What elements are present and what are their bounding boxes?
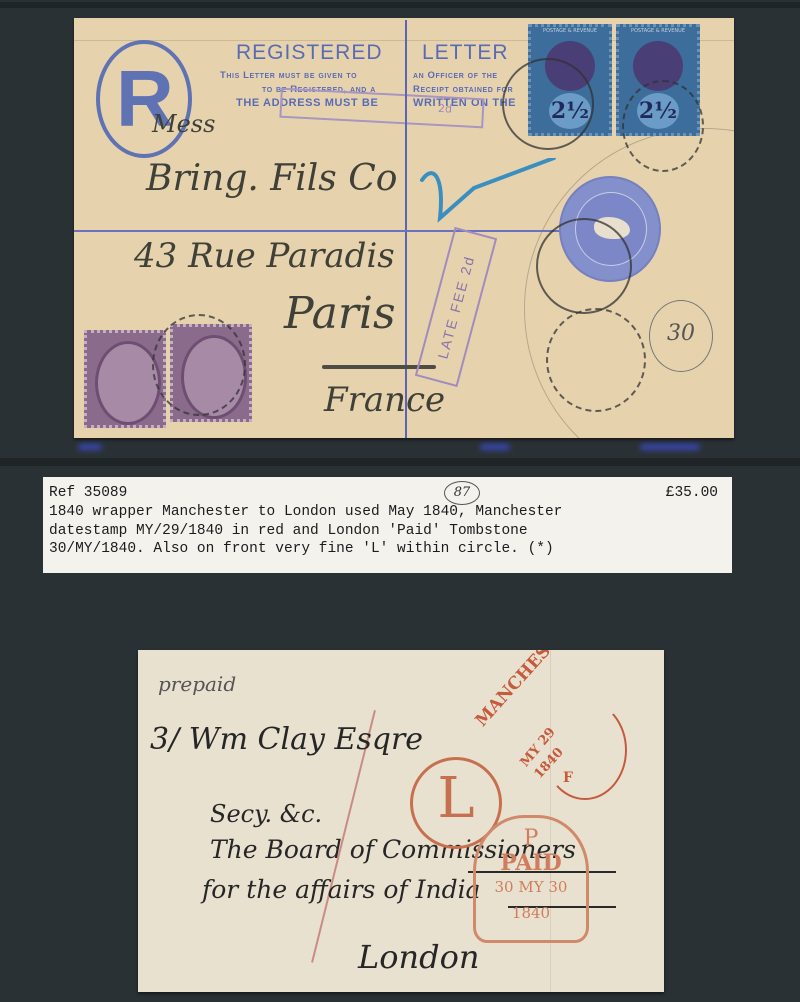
ref-number: Ref 35089 [49, 485, 127, 501]
late-fee-text: LATE FEE 2d [434, 253, 477, 360]
scan-glare [480, 444, 510, 450]
address-line: Paris [284, 288, 396, 339]
address-line: Bring. Fils Co [146, 158, 397, 199]
tombstone-crown: P [476, 826, 586, 851]
registered-envelope: R REGISTERED LETTER This Letter must be … [74, 18, 734, 438]
description-line: datestamp MY/29/1840 in red and London '… [49, 522, 722, 541]
address-line: Mess [152, 110, 215, 138]
lot-number: 87 [444, 481, 480, 505]
postmark [536, 218, 632, 314]
tombstone-year: 1840 [476, 904, 586, 922]
stamp-label: POSTAGE & REVENUE [621, 28, 695, 34]
price: £35.00 [666, 485, 718, 501]
wrapper-1840: prepaid 3/ Wm Clay Esqre Secy. &c. The B… [138, 650, 664, 992]
tombstone-date: 30 MY 30 [476, 878, 586, 896]
album-strip-middle [0, 458, 800, 466]
instruction-right-1: an Officer of the [413, 70, 498, 81]
heading-letter: LETTER [422, 41, 509, 65]
postmark [152, 314, 246, 416]
l-letter: L [413, 766, 499, 831]
late-fee-handstamp: LATE FEE 2d [415, 227, 497, 387]
address-line: Secy. &c. [210, 800, 322, 828]
address-line: for the affairs of India [202, 875, 480, 904]
address-line: 3/ Wm Clay Esqre [150, 722, 423, 757]
address-line: France [324, 380, 445, 420]
datestamp-code: F [563, 770, 573, 786]
postmark [622, 80, 704, 172]
london-paid-tombstone: P PAID 30 MY 30 1840 [473, 815, 589, 943]
pencil-note: 30 [650, 321, 712, 346]
queen-head-oval [95, 341, 161, 425]
tombstone-paid: PAID [476, 850, 586, 876]
description-card: Ref 35089 87 £35.00 1840 wrapper Manches… [43, 477, 732, 573]
album-strip-top [0, 2, 800, 8]
description-line: 30/MY/1840. Also on front very fine 'L' … [49, 540, 722, 559]
registration-cross-line-vertical [405, 20, 407, 438]
blue-crayon-tick [414, 158, 564, 238]
scan-glare [640, 444, 700, 450]
heading-registered: REGISTERED [236, 41, 383, 65]
scan-glare [78, 444, 102, 450]
postmark [546, 308, 646, 412]
pencil-note-circle: 30 [649, 300, 713, 372]
address-line: London [358, 938, 479, 976]
instruction-left-1: This Letter must be given to [220, 70, 357, 81]
description-line: 1840 wrapper Manchester to London used M… [49, 503, 722, 522]
manuscript-prepaid: prepaid [158, 672, 236, 696]
purple-box-text: 2d [438, 102, 453, 116]
instruction-right-2: Receipt obtained for [413, 84, 513, 95]
address-line: 43 Rue Paradis [134, 236, 395, 276]
postmark [502, 58, 594, 150]
stamp-label: POSTAGE & REVENUE [533, 28, 607, 34]
